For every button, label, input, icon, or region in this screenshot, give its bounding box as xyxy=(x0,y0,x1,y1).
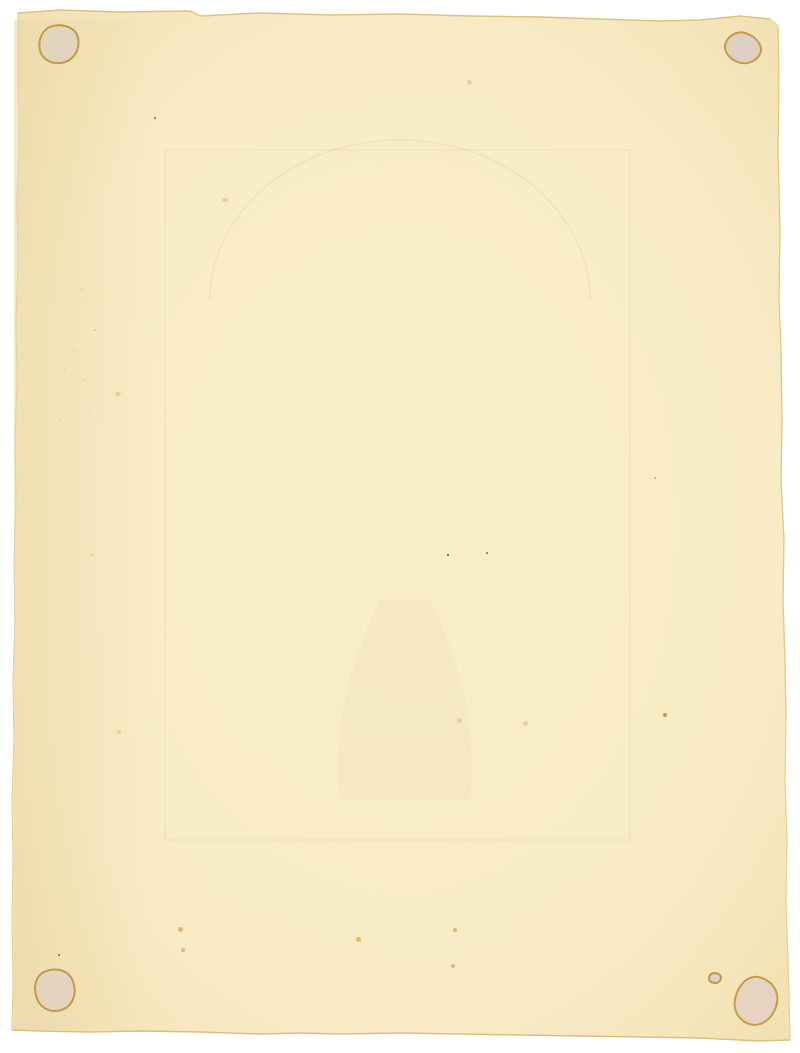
foxing-spot xyxy=(181,948,185,952)
foxing-spot xyxy=(178,927,183,932)
paper-sheet-shape xyxy=(0,0,800,1053)
foxing-spot xyxy=(457,718,462,723)
foxing-spot xyxy=(453,928,457,932)
foxing-spot xyxy=(467,80,472,85)
foxing-spot xyxy=(222,198,228,202)
scan-canvas xyxy=(0,0,800,1053)
foxing-spot xyxy=(117,730,121,734)
foxing-spot xyxy=(663,713,667,717)
paper-sheet xyxy=(0,0,800,1053)
foxing-spot xyxy=(523,721,528,726)
edge-shading xyxy=(14,20,154,1030)
foxing-spot xyxy=(115,392,121,396)
foxing-spot xyxy=(356,937,361,942)
foxing-spot xyxy=(451,964,455,968)
